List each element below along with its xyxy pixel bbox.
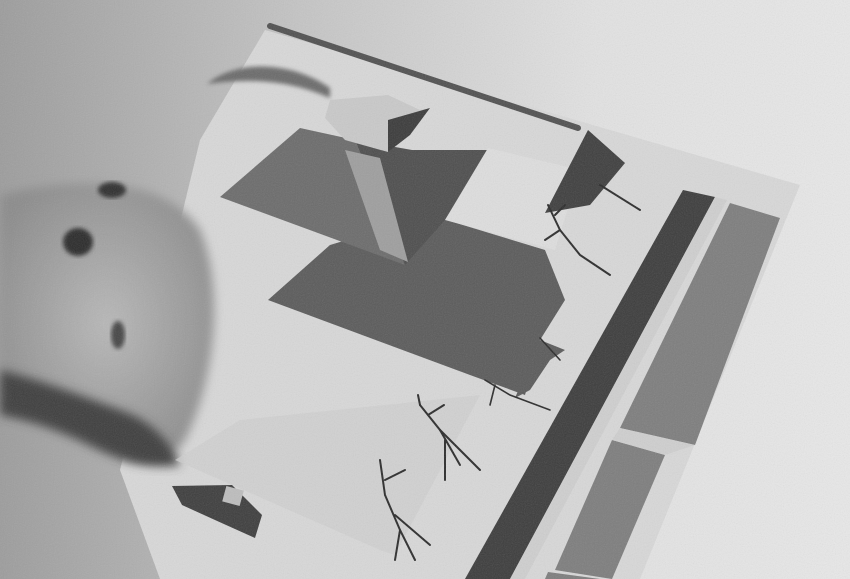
model-illustration — [0, 0, 850, 579]
film-grain — [0, 0, 850, 579]
architectural-model-photo — [0, 0, 850, 579]
